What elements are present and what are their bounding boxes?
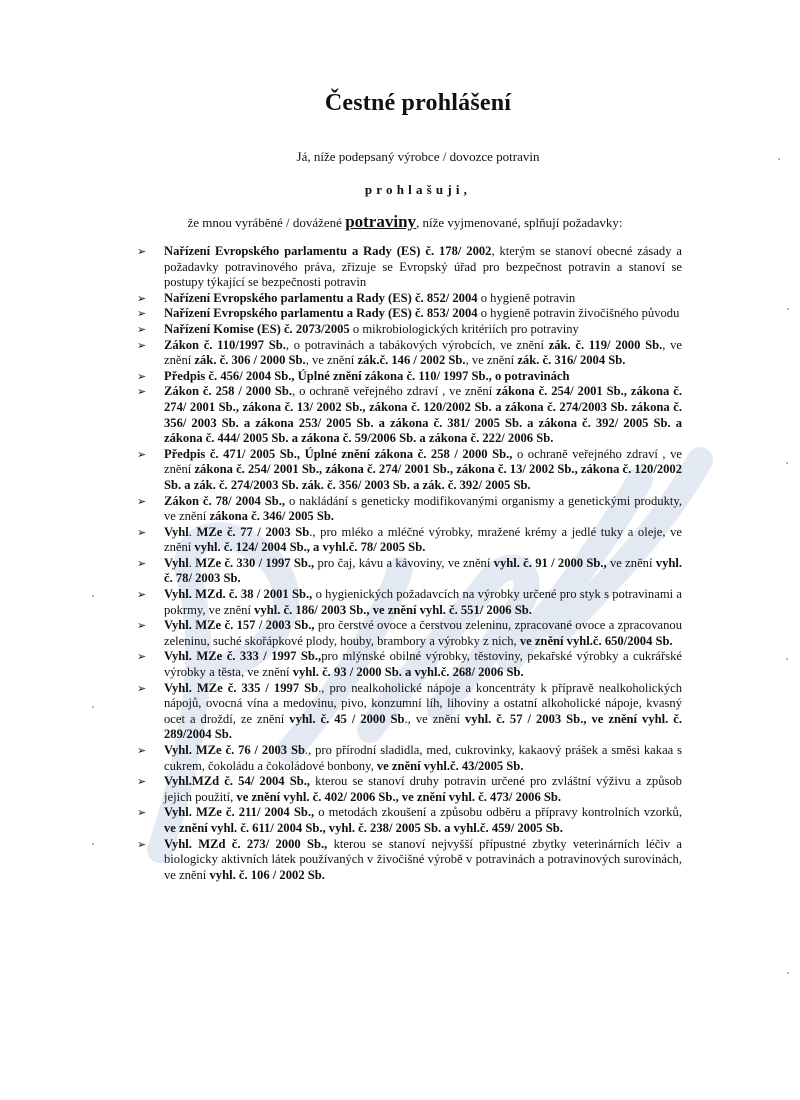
regulation-item: ➢Vyhl. MZe č. 77 / 2003 Sb., pro mléko a… [137,525,682,556]
regulation-item: ➢Předpis č. 471/ 2005 Sb., Úplné znění z… [137,447,682,494]
regulation-reference: Vyhl. MZe č. 76 / 2003 Sb [164,743,305,757]
regulation-description: pro čaj, kávu a kávoviny, ve znění [314,556,493,570]
regulation-description: o mikrobiologických kritériích pro potra… [350,322,579,336]
arrowhead-bullet-icon: ➢ [137,369,146,385]
regulation-reference: Vyhl [164,525,189,539]
arrowhead-bullet-icon: ➢ [137,494,146,510]
regulation-description: ve znění [607,556,656,570]
regulation-item: ➢Vyhl. MZd. č. 38 / 2001 Sb., o hygienic… [137,587,682,618]
scan-speck [786,658,788,660]
regulation-item: ➢Zákon č. 78/ 2004 Sb., o nakládání s ge… [137,494,682,525]
regulation-description: , o potravinách a tabákových výrobcích, … [286,338,549,352]
regulation-description: , ve znění [306,353,358,367]
regulation-description: , ve znění [466,353,518,367]
arrowhead-bullet-icon: ➢ [137,805,146,821]
regulation-item: ➢Vyhl. MZe č. 335 / 1997 Sb., pro nealko… [137,681,682,743]
regulation-reference: MZe č. 77 / 2003 Sb [196,525,309,539]
regulation-item: ➢Nařízení Komise (ES) č. 2073/2005 o mik… [137,322,682,338]
regulation-item: ➢Vyhl.MZd č. 54/ 2004 Sb., kterou se sta… [137,774,682,805]
regulation-description: ., ve znění [405,712,465,726]
regulation-reference: vyhl. č. 93 / 2000 Sb. a vyhl.č. 268/ 20… [293,665,524,679]
regulation-reference: vyhl. č. 45 / 2000 Sb [289,712,404,726]
regulation-item: ➢Zákon č. 110/1997 Sb., o potravinách a … [137,338,682,369]
regulation-item: ➢Vyhl. MZe č. 211/ 2004 Sb., o metodách … [137,805,682,836]
regulation-reference: Vyhl.MZd č. 54/ 2004 Sb., [164,774,310,788]
lead-emphasis: potraviny [345,212,416,231]
regulation-item: ➢Předpis č. 456/ 2004 Sb., Úplné znění z… [137,369,682,385]
regulation-reference: Vyhl. MZd. č. 38 / 2001 Sb., [164,587,312,601]
regulation-reference: zák. č. 306 / 2000 Sb. [194,353,305,367]
regulation-reference: ve znění vyhl.č. 650/2004 Sb. [520,634,673,648]
regulation-item: ➢Nařízení Evropského parlamentu a Rady (… [137,291,682,307]
regulation-reference: vyhl. č. 124/ 2004 Sb., a vyhl.č. 78/ 20… [194,540,425,554]
regulation-description: o hygieně potravin živočišného původu [478,306,680,320]
scan-speck [787,308,789,310]
regulation-reference: zák. č. 119/ 2000 Sb. [549,338,663,352]
intro-text: Já, níže podepsaný výrobce / dovozce pot… [0,149,800,165]
regulation-reference: Vyhl. MZd č. 273/ 2000 Sb., [164,837,327,851]
arrowhead-bullet-icon: ➢ [137,556,146,572]
regulation-description: o metodách zkoušení a způsobu odběru a p… [314,805,682,819]
arrowhead-bullet-icon: ➢ [137,681,146,697]
arrowhead-bullet-icon: ➢ [137,322,146,338]
regulation-reference: Zákon č. 78/ 2004 Sb., [164,494,285,508]
arrowhead-bullet-icon: ➢ [137,338,146,354]
document-title: Čestné prohlášení [0,90,800,117]
regulation-reference: Předpis č. 471/ 2005 Sb., Úplné znění zá… [164,447,512,461]
declaration-heading: prohlašuji, [0,182,800,198]
document-page: Čestné prohlášení Já, níže podepsaný výr… [0,0,800,1100]
scan-speck [778,158,780,160]
regulation-reference: Zákon č. 258 / 2000 Sb. [164,384,292,398]
arrowhead-bullet-icon: ➢ [137,618,146,634]
regulation-reference: zákona č. 254/ 2001 Sb., zákona č. 274/ … [164,462,682,492]
arrowhead-bullet-icon: ➢ [137,774,146,790]
scan-speck [92,843,94,845]
regulation-description: , o ochraně veřejného zdraví , ve znění [292,384,496,398]
arrowhead-bullet-icon: ➢ [137,649,146,665]
regulation-reference: Nařízení Evropského parlamentu a Rady (E… [164,244,491,258]
arrowhead-bullet-icon: ➢ [137,291,146,307]
scan-speck [92,706,94,708]
lead-after: , níže vyjmenované, splňují požadavky: [416,215,623,230]
regulation-reference: ve znění vyhl.č. 43/2005 Sb. [377,759,524,773]
regulation-reference: Předpis č. 456/ 2004 Sb., Úplné znění zá… [164,369,570,383]
regulation-item: ➢Vyhl. MZe č. 330 / 1997 Sb., pro čaj, k… [137,556,682,587]
regulation-reference: Nařízení Evropského parlamentu a Rady (E… [164,306,478,320]
arrowhead-bullet-icon: ➢ [137,587,146,603]
arrowhead-bullet-icon: ➢ [137,837,146,853]
lead-sentence: že mnou vyráběné / dovážené potraviny, n… [0,212,800,232]
arrowhead-bullet-icon: ➢ [137,447,146,463]
regulation-reference: zák. č. 316/ 2004 Sb. [517,353,625,367]
regulation-reference: zákona č. 346/ 2005 Sb. [209,509,334,523]
regulation-reference: Vyhl. MZe č. 335 / 1997 Sb [164,681,318,695]
regulation-reference: ve znění vyhl. č. 611/ 2004 Sb., vyhl. č… [164,821,563,835]
regulation-item: ➢Nařízení Evropského parlamentu a Rady (… [137,244,682,291]
regulation-item: ➢Vyhl. MZe č. 76 / 2003 Sb., pro přírodn… [137,743,682,774]
regulation-item: ➢Zákon č. 258 / 2000 Sb., o ochraně veře… [137,384,682,446]
regulation-item: ➢Nařízení Evropského parlamentu a Rady (… [137,306,682,322]
scan-speck [787,972,789,974]
regulation-reference: Vyhl. MZe č. 211/ 2004 Sb., [164,805,314,819]
regulation-reference: zák.č. 146 / 2002 Sb. [357,353,465,367]
regulation-description: o hygieně potravin [478,291,576,305]
regulation-reference: MZe č. 330 / 1997 Sb., [195,556,314,570]
regulation-reference: vyhl. č. 186/ 2003 Sb., ve znění vyhl. č… [254,603,532,617]
arrowhead-bullet-icon: ➢ [137,384,146,400]
regulation-item: ➢Vyhl. MZe č. 333 / 1997 Sb.,pro mlýnské… [137,649,682,680]
scan-speck [786,462,788,464]
regulation-reference: vyhl. č. 91 / 2000 Sb., [494,556,607,570]
arrowhead-bullet-icon: ➢ [137,306,146,322]
arrowhead-bullet-icon: ➢ [137,525,146,541]
scan-speck [92,595,94,597]
regulation-reference: Nařízení Evropského parlamentu a Rady (E… [164,291,478,305]
arrowhead-bullet-icon: ➢ [137,743,146,759]
regulation-item: ➢Vyhl. MZd č. 273/ 2000 Sb., kterou se s… [137,837,682,884]
regulation-reference: Vyhl. MZe č. 333 / 1997 Sb., [164,649,321,663]
regulation-reference: Vyhl [164,556,189,570]
regulation-reference: ve znění vyhl. č. 402/ 2006 Sb., ve zněn… [236,790,561,804]
regulations-list: ➢Nařízení Evropského parlamentu a Rady (… [137,244,682,883]
regulation-reference: Vyhl. MZe č. 157 / 2003 Sb., [164,618,315,632]
regulation-item: ➢Vyhl. MZe č. 157 / 2003 Sb., pro čerstv… [137,618,682,649]
regulation-reference: Zákon č. 110/1997 Sb. [164,338,286,352]
arrowhead-bullet-icon: ➢ [137,244,146,260]
regulation-reference: vyhl. č. 106 / 2002 Sb. [209,868,324,882]
lead-before: že mnou vyráběné / dovážené [187,215,345,230]
regulation-reference: Nařízení Komise (ES) č. 2073/2005 [164,322,350,336]
